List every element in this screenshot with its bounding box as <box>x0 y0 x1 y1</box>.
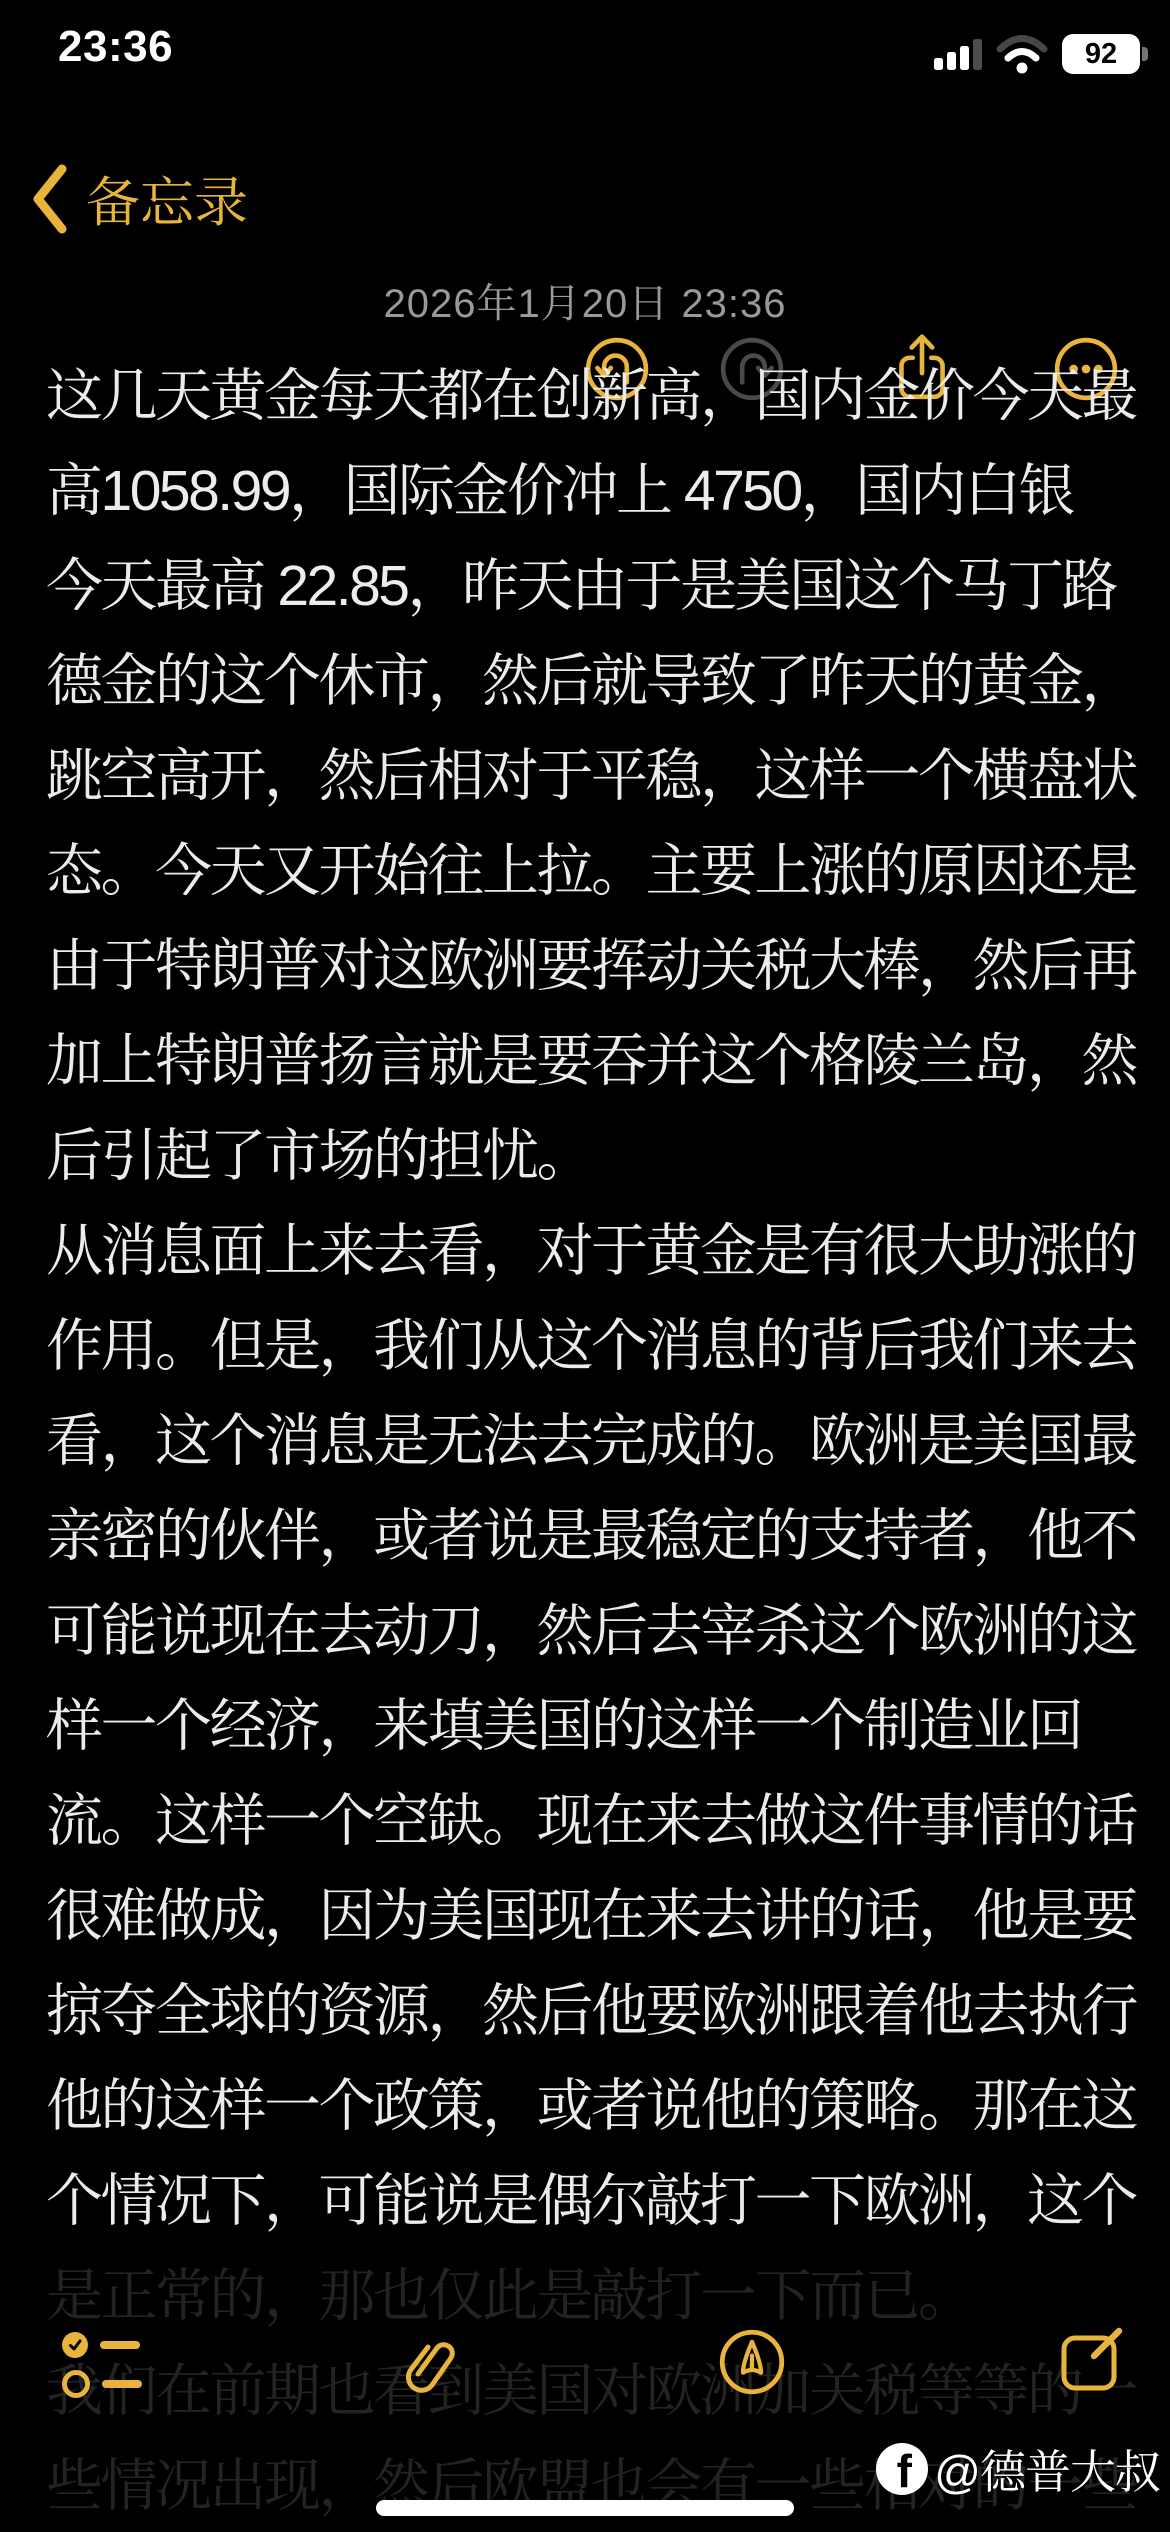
note-line[interactable]: 他的这样一个政策，或者说他的策略。那在这 <box>46 2059 1136 2154</box>
note-line[interactable]: 可能说现在去动刀，然后去宰杀这个欧洲的这 <box>46 1584 1136 1679</box>
note-line[interactable]: 后引起了市场的担忧。 <box>46 1109 1136 1204</box>
nav-bar: 备忘录 <box>0 160 1170 260</box>
note-line[interactable]: 跳空高开，然后相对于平稳，这样一个横盘状 <box>46 729 1136 824</box>
compose-icon[interactable] <box>1056 2324 1126 2394</box>
note-line[interactable]: 看，这个消息是无法去完成的。欧洲是美国最 <box>46 1394 1136 1489</box>
note-line[interactable]: 加上特朗普扬言就是要吞并这个格陵兰岛，然 <box>46 1014 1136 1109</box>
note-line[interactable]: 高1058.99，国际金价冲上 4750，国内白银 <box>46 444 1136 539</box>
note-line[interactable]: 作用。但是，我们从这个消息的背后我们来去 <box>46 1299 1136 1394</box>
note-line[interactable]: 样一个经济，来填美国的这样一个制造业回 <box>46 1679 1136 1774</box>
watermark-handle: @德普大叔 <box>934 2436 1160 2502</box>
status-bar: 23:36 92 <box>0 0 1170 100</box>
note-line[interactable]: 今天最高 22.85，昨天由于是美国这个马丁路 <box>46 539 1136 634</box>
note-line[interactable]: 掠夺全球的资源，然后他要欧洲跟着他去执行 <box>46 1964 1136 2059</box>
markup-icon[interactable] <box>718 2328 786 2396</box>
note-line[interactable]: 态。今天又开始往上拉。主要上涨的原因还是 <box>46 824 1136 919</box>
facebook-icon: f <box>876 2443 928 2495</box>
clock: 23:36 <box>58 22 173 72</box>
notes-app-screen: 23:36 92 备忘录 <box>0 0 1170 2532</box>
note-line[interactable]: 这几天黄金每天都在创新高，国内金价今天最 <box>46 349 1136 444</box>
battery-icon: 92 <box>1062 34 1140 74</box>
home-indicator[interactable] <box>376 2500 794 2516</box>
note-line[interactable]: 个情况下，可能说是偶尔敲打一下欧洲，这个 <box>46 2154 1136 2249</box>
note-line[interactable]: 亲密的伙伴，或者说是最稳定的支持者，他不 <box>46 1489 1136 1584</box>
back-label: 备忘录 <box>86 160 248 237</box>
cellular-signal-icon <box>934 38 982 70</box>
watermark: f @德普大叔 <box>876 2436 1160 2502</box>
battery-percent: 92 <box>1085 38 1117 71</box>
note-line[interactable]: 德金的这个休市，然后就导致了昨天的黄金， <box>46 634 1136 729</box>
checklist-icon[interactable] <box>62 2332 166 2410</box>
note-line[interactable]: 很难做成，因为美国现在来去讲的话，他是要 <box>46 1869 1136 1964</box>
chevron-left-icon <box>30 163 68 235</box>
attachment-icon[interactable] <box>396 2326 460 2398</box>
wifi-icon <box>996 34 1048 74</box>
note-body[interactable]: 这几天黄金每天都在创新高，国内金价今天最高1058.99，国际金价冲上 4750… <box>46 349 1136 2532</box>
note-date: 2026年1月20日 23:36 <box>0 272 1170 329</box>
note-line[interactable]: 流。这样一个空缺。现在来去做这件事情的话 <box>46 1774 1136 1869</box>
note-line[interactable]: 由于特朗普对这欧洲要挥动关税大棒，然后再 <box>46 919 1136 1014</box>
back-button[interactable]: 备忘录 <box>30 160 248 237</box>
note-line[interactable]: 从消息面上来去看，对于黄金是有很大助涨的 <box>46 1204 1136 1299</box>
